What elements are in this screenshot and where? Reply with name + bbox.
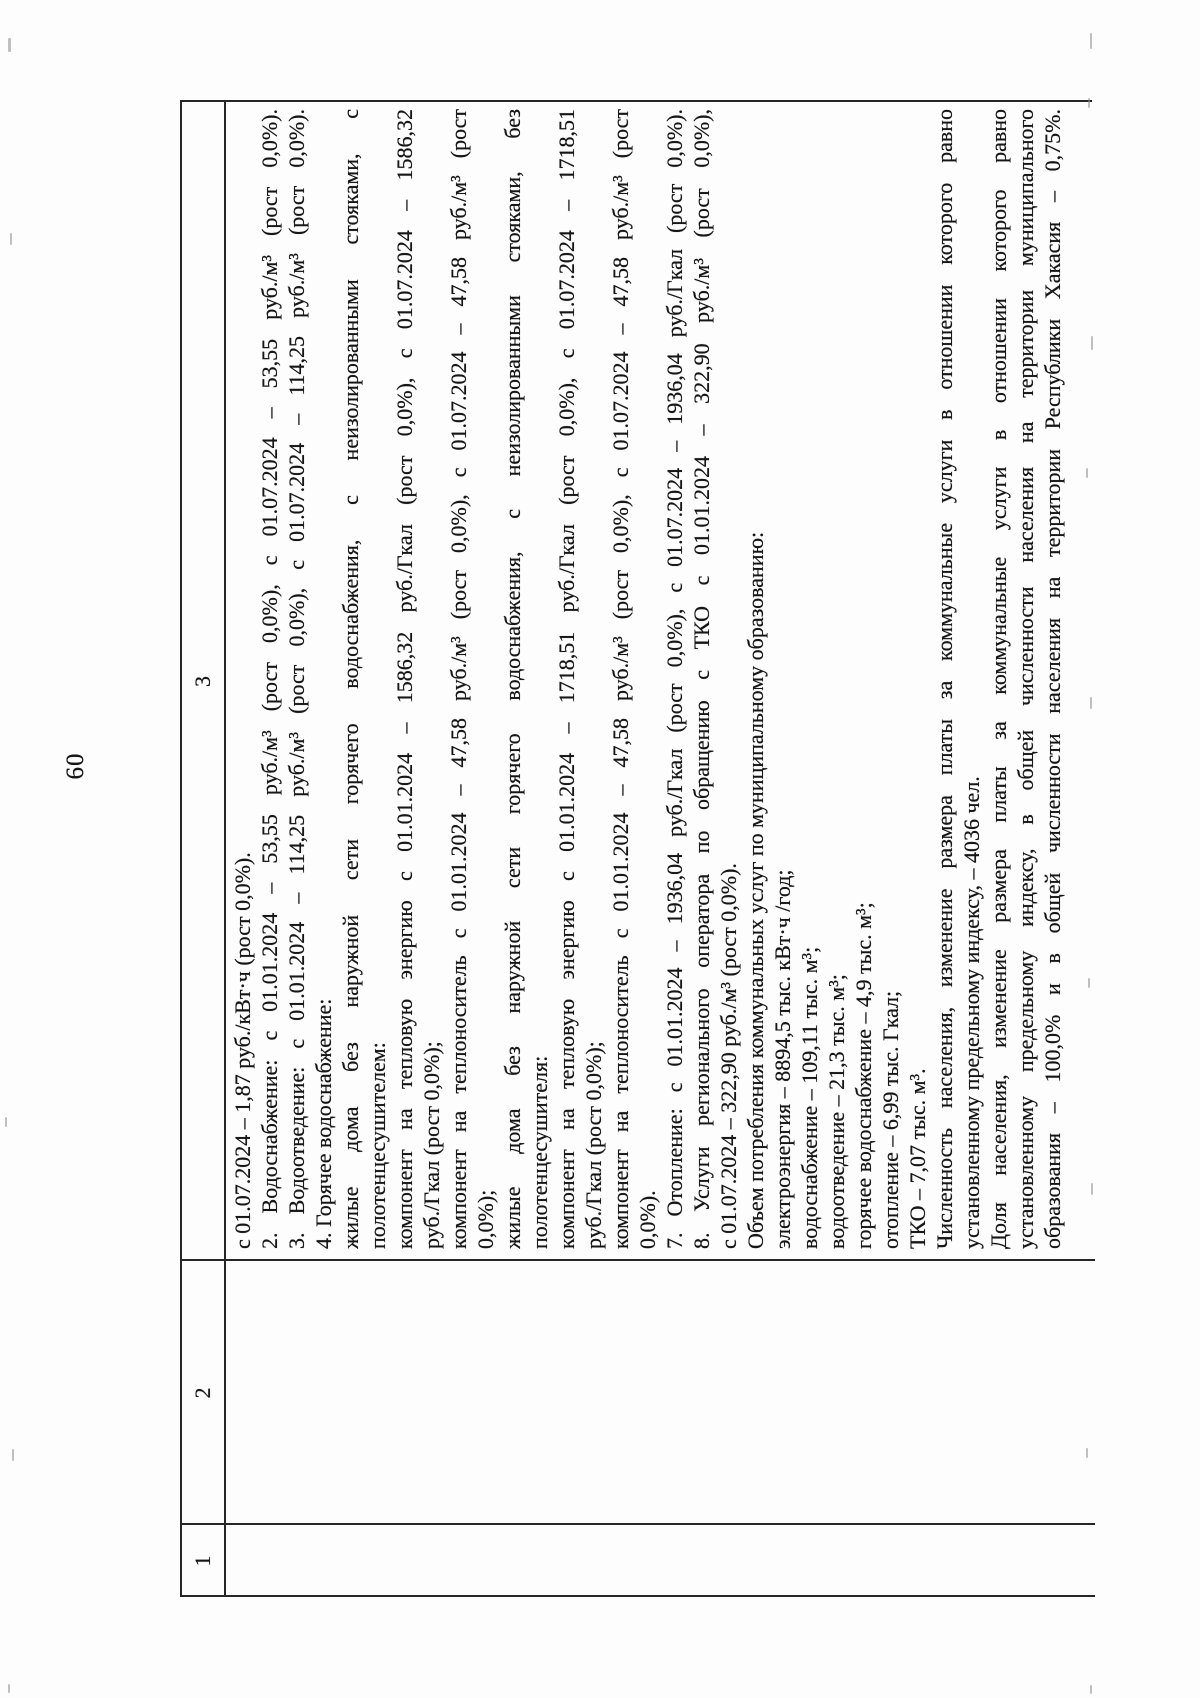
text-line: руб./Гкал (рост 0,0%);: [418, 109, 445, 1249]
scan-artifact: [8, 1684, 10, 1693]
text-line: компонент на теплоноситель с 01.01.2024 …: [607, 109, 634, 1249]
text-line: 8. Услуги регионального оператора по обр…: [688, 109, 715, 1249]
scan-artifact: [1090, 1685, 1092, 1694]
scan-artifact: [10, 233, 12, 245]
text-line: водоснабжение – 109,11 тыс. м³;: [796, 109, 823, 1249]
text-line: жилые дома без наружной сети горячего во…: [499, 109, 526, 1249]
column-header-3: 3: [182, 102, 224, 1261]
text-line: 7. Отопление: с 01.01.2024 – 1936,04 руб…: [661, 109, 688, 1249]
text-line: ТКО – 7,07 тыс. м³.: [904, 109, 931, 1249]
scan-artifact: [1091, 1183, 1093, 1195]
table-cell-col2: [226, 1261, 1086, 1523]
scan-artifact: [1090, 697, 1092, 709]
text-line: компонент на теплоноситель с 01.01.2024 …: [445, 109, 472, 1249]
text-line: горячее водоснабжение – 4,9 тыс. м³;: [850, 109, 877, 1249]
text-line: 4. Горячее водоснабжение:: [310, 109, 337, 1249]
text-line: Объем потребления коммунальных услуг по …: [742, 109, 769, 1249]
scan-artifact: [1090, 33, 1092, 49]
text-line: компонент на тепловую энергию с 01.01.20…: [391, 109, 418, 1249]
text-line: 2. Водоснабжение: с 01.01.2024 – 53,55 р…: [256, 109, 283, 1249]
text-line: 0,0%).: [634, 109, 661, 1249]
text-line: Численность населения, изменение размера…: [931, 109, 958, 1249]
text-line: с 01.07.2024 – 1,87 руб./кВт·ч (рост 0,0…: [229, 109, 256, 1249]
text-line: Доля населения, изменение размера платы …: [985, 109, 1012, 1249]
table-border-left: [180, 1595, 1095, 1597]
scanned-page: 60 1 2 3 с 01.07.2024 – 1,87 руб./кВт·ч …: [0, 0, 1200, 1698]
text-line: полотенцесушителем:: [364, 109, 391, 1249]
scan-artifact: [1088, 978, 1090, 988]
text-line: электроэнергия – 8894,5 тыс. кВт·ч /год;: [769, 109, 796, 1249]
text-line: руб./Гкал (рост 0,0%);: [580, 109, 607, 1249]
text-line: установленному предельному индексу, в об…: [1012, 109, 1039, 1249]
text-line: 0,0%);: [472, 109, 499, 1249]
text-line: установленному предельному индексу, – 40…: [958, 109, 985, 1249]
column-header-1: 1: [182, 1525, 224, 1597]
scan-artifact: [12, 1449, 14, 1461]
table-cell-col1: [226, 1525, 1086, 1595]
scan-artifact: [1086, 468, 1088, 478]
scan-artifact: [8, 38, 11, 52]
text-line: водоотведение – 21,3 тыс. м³;: [823, 109, 850, 1249]
text-line: компонент на тепловую энергию с 01.01.20…: [553, 109, 580, 1249]
text-line: жилые дома без наружной сети горячего во…: [337, 109, 364, 1249]
text-line: образования – 100,0% и в общей численнос…: [1039, 109, 1066, 1249]
text-line: 3. Водоотведение: с 01.01.2024 – 114,25 …: [283, 109, 310, 1249]
scan-artifact: [5, 1117, 7, 1127]
table-cell-col3-text: с 01.07.2024 – 1,87 руб./кВт·ч (рост 0,0…: [229, 109, 1066, 1249]
text-line: с 01.07.2024 – 322,90 руб./м³ (рост 0,0%…: [715, 109, 742, 1249]
scan-artifact: [1088, 98, 1090, 108]
scan-artifact: [1091, 336, 1093, 350]
table-border-right: [180, 100, 1092, 102]
text-line: отопление – 6,99 тыс. Гкал;: [877, 109, 904, 1249]
page-number: 60: [62, 736, 90, 796]
document-sheet: 60 1 2 3 с 01.07.2024 – 1,87 руб./кВт·ч …: [0, 0, 1200, 1698]
column-header-2: 2: [182, 1261, 224, 1525]
text-line: полотенцесушителя:: [526, 109, 553, 1249]
scan-artifact: [1086, 1448, 1088, 1458]
